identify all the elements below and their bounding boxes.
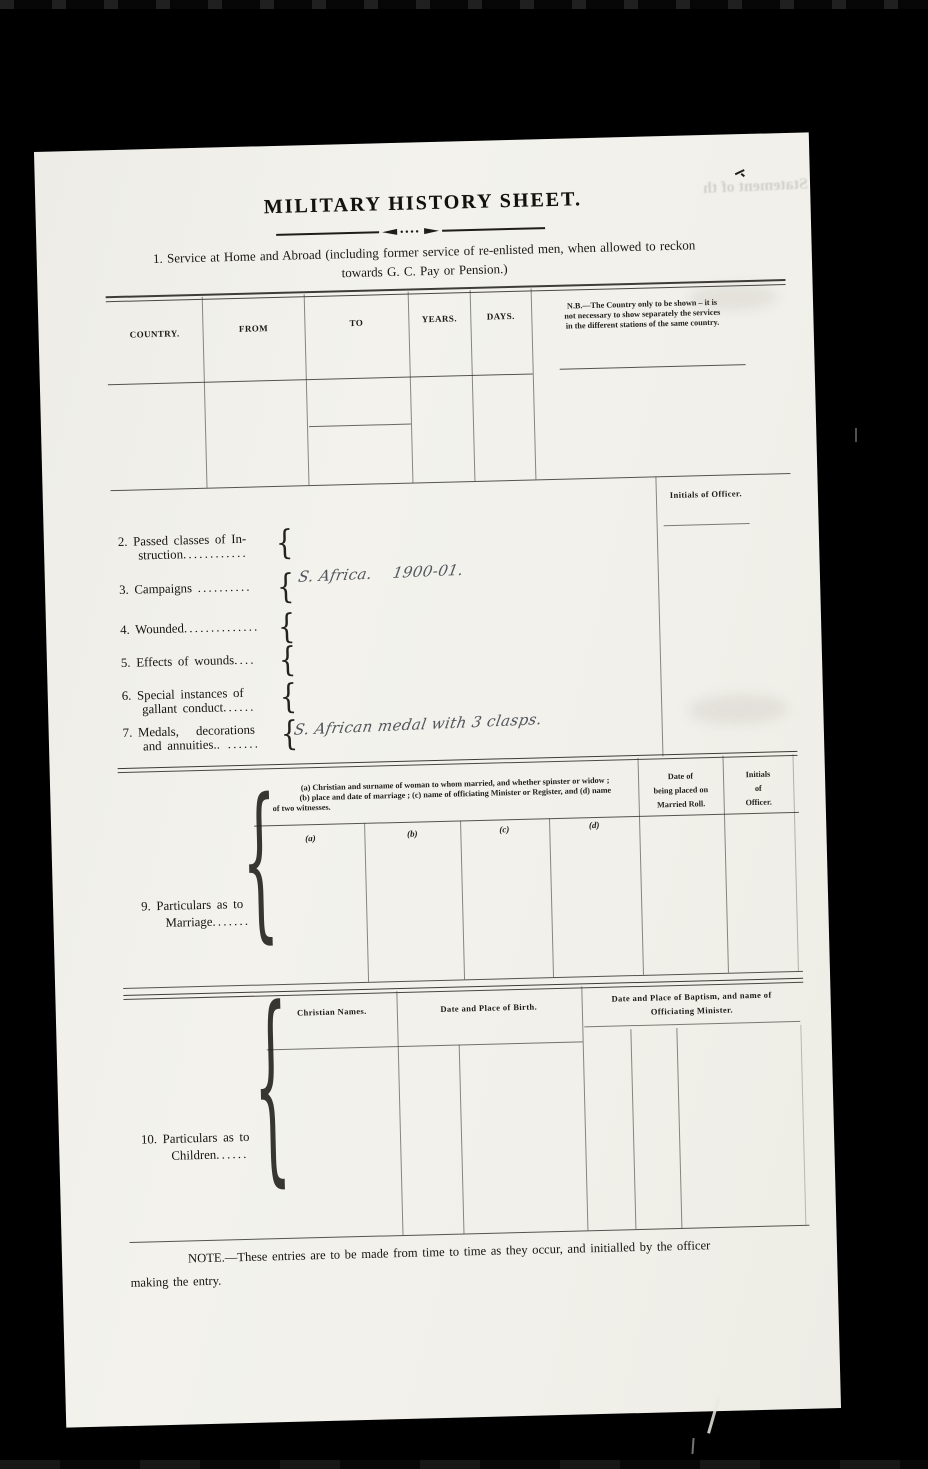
item5-number: 5. (121, 656, 131, 670)
item4-brace: { (278, 610, 296, 644)
item2-line2: struction............ (138, 546, 248, 564)
scan-scratch-mark (691, 1438, 694, 1454)
column-header-to: TO (306, 317, 406, 330)
item2-number: 2. (118, 535, 128, 549)
initials-header-underline (664, 523, 750, 526)
children-col-birth: Date and Place of Birth. (419, 1001, 559, 1015)
item6-brace: { (279, 680, 297, 714)
children-col-baptism-line1: Date and Place of Baptism, and name of (583, 989, 799, 1004)
marriage-subcol-a: (a) (285, 833, 335, 844)
initials-of-officer-label: Initials of Officer. (653, 488, 759, 501)
children-table-divider (396, 991, 403, 1235)
marriage-table-right-edge (792, 754, 798, 971)
nb-cell-underline (560, 364, 746, 370)
marriage-subcol-d: (d) (569, 819, 619, 830)
stray-ink-mark (741, 173, 745, 177)
children-table-right-edge (800, 1025, 806, 1225)
item6-number: 6. (122, 689, 132, 703)
marriage-subcol-divider (549, 818, 554, 977)
item5-line: 5. Effects of wounds.... (121, 653, 256, 671)
children-brace: { (251, 985, 292, 1193)
service-table-entry-dash (309, 424, 411, 428)
children-col-names: Christian Names. (272, 1005, 392, 1018)
item4-number: 4. (120, 623, 130, 637)
item3-handwritten-entry: S. Africa. 1900-01. (297, 561, 465, 586)
column-header-from: FROM (203, 322, 303, 335)
baptism-header-underline (584, 1021, 800, 1027)
children-header-rule (267, 1041, 583, 1050)
children-label-line2: Children...... (171, 1147, 249, 1164)
children-subcol-divider (676, 1028, 682, 1228)
marriage-number: 9. (141, 899, 151, 913)
marriage-subcol-divider (364, 823, 369, 982)
item3-line: 3. Campaigns .......... (119, 580, 252, 598)
item7-handwritten-entry: S. African medal with 3 clasps. (293, 710, 544, 739)
children-table-divider (581, 986, 588, 1230)
ornament-rule-right (442, 227, 545, 231)
marriage-subcol-b: (b) (387, 828, 437, 839)
item6-line2: gallant conduct...... (142, 700, 256, 718)
ornament-arrow-left-icon (382, 229, 397, 235)
marriage-label-line1: 9. Particulars as to (141, 897, 243, 915)
children-col-baptism-line2: Officiating Minister. (584, 1003, 800, 1018)
title-ornament: •••• (276, 225, 545, 238)
married-roll-col-line3: Married Roll. (640, 797, 723, 813)
item2-brace: { (276, 526, 294, 560)
column-header-country: COUNTRY. (105, 328, 205, 341)
initials-col-line3: Officer. (725, 795, 793, 811)
page-title: MILITARY HISTORY SHEET. (35, 182, 810, 225)
marriage-subcol-divider (460, 820, 465, 979)
children-number: 10. (141, 1132, 157, 1146)
bleedthrough-smudge (688, 693, 789, 726)
ornament-arrow-right-icon (424, 228, 439, 234)
scan-edge-noise-bottom (0, 1460, 928, 1469)
service-table-bottom-rule (111, 473, 791, 491)
footer-note-line1: NOTE.—These entries are to be made from … (188, 1238, 711, 1266)
item4-line: 4. Wounded.............. (120, 619, 260, 638)
item3-number: 3. (119, 583, 129, 597)
scanned-page-background: { "colors": { "background": "#000000", "… (0, 0, 928, 1469)
service-table-header-rule (108, 373, 533, 385)
military-history-sheet-page: Statement of th MILITARY HISTORY SHEET. … (34, 132, 841, 1427)
initials-column-divider (655, 476, 663, 756)
item7-line2: and annuities.. ...... (143, 736, 260, 754)
ornament-rule-left (276, 232, 379, 236)
footer-note-line2: making the entry. (130, 1274, 221, 1291)
marriage-subcol-c: (c) (479, 824, 529, 835)
item7-number: 7. (123, 726, 133, 740)
scan-speck (855, 428, 857, 442)
children-label-line1: 10. Particulars as to (141, 1130, 250, 1148)
ornament-dots: •••• (400, 228, 421, 235)
item3-brace: { (277, 570, 295, 604)
marriage-label-line2: Marriage....... (165, 914, 250, 931)
scan-edge-noise-top (0, 0, 928, 9)
children-subcol-divider (630, 1029, 636, 1229)
children-subcol-divider (459, 1045, 465, 1234)
item5-brace: { (278, 643, 296, 677)
